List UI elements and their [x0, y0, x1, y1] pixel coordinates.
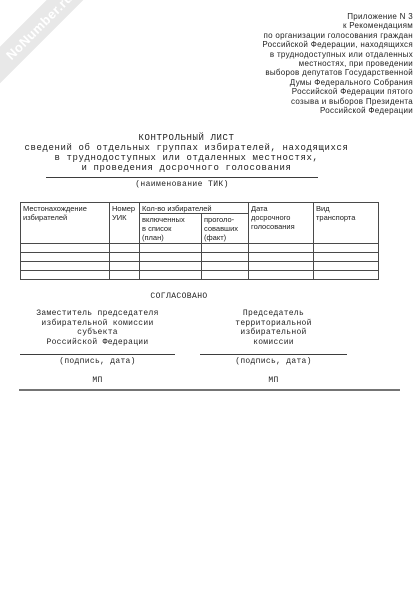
col-header-location: Местонахождение избирателей	[21, 203, 110, 244]
table-cell	[21, 262, 110, 271]
annex-line: созыва и выборов Президента	[262, 97, 413, 106]
table-cell	[110, 253, 140, 262]
table-cell	[140, 253, 202, 262]
seal-label: МП	[20, 376, 175, 386]
seal-label: МП	[200, 376, 347, 386]
signer-title-line: Председатель	[200, 309, 347, 319]
title-line: КОНТРОЛЬНЫЙ ЛИСТ	[20, 133, 353, 143]
annex-line: выборов депутатов Государственной	[262, 68, 413, 77]
table-cell	[140, 271, 202, 280]
col-header-voters-fact: проголо- совавших (факт)	[202, 214, 249, 244]
col-header-voters-group: Кол-во избирателей	[140, 203, 249, 214]
document-title: КОНТРОЛЬНЫЙ ЛИСТ сведений об отдельных г…	[20, 133, 353, 173]
signature-caption: (подпись, дата)	[59, 357, 136, 366]
title-line: в труднодоступных или отдаленных местнос…	[20, 153, 353, 163]
annex-line: Приложение N 3	[262, 12, 413, 21]
table-row	[21, 262, 379, 271]
annex-block: Приложение N 3 к Рекомендациям по органи…	[262, 12, 413, 115]
annex-line: Российской Федерации пятого	[262, 87, 413, 96]
signer-title-line: территориальной избирательной	[200, 319, 347, 338]
watermark-ribbon: NoNumber.ru	[0, 0, 108, 95]
table-cell	[21, 271, 110, 280]
table-cell	[314, 262, 379, 271]
annex-line: Российской Федерации, находящихся	[262, 40, 413, 49]
table-cell	[249, 244, 314, 253]
table-cell	[140, 244, 202, 253]
table-row	[21, 271, 379, 280]
approved-label: СОГЛАСОВАНО	[20, 292, 338, 301]
table-cell	[314, 253, 379, 262]
table-cell	[202, 271, 249, 280]
table-cell	[110, 271, 140, 280]
table-cell	[202, 244, 249, 253]
table-cell	[314, 271, 379, 280]
tik-name-line: (наименование ТИК)	[46, 177, 318, 189]
signature-line: (подпись, дата)	[20, 354, 175, 367]
col-header-transport-type: Вид транспорта	[314, 203, 379, 244]
table-cell	[249, 253, 314, 262]
voters-table: Местонахождение избирателей Номер УИК Ко…	[20, 202, 379, 280]
table-body	[21, 244, 379, 280]
col-header-early-voting-date: Дата досрочного голосования	[249, 203, 314, 244]
signer-title-line: комиссии	[200, 338, 347, 348]
table-cell	[110, 262, 140, 271]
right-signer-block: Председатель территориальной избирательн…	[200, 309, 347, 385]
annex-line: по организации голосования граждан	[262, 31, 413, 40]
col-header-voters-plan: включенных в список (план)	[140, 214, 202, 244]
annex-line: Российской Федерации	[262, 106, 413, 115]
tik-caption: (наименование ТИК)	[135, 180, 229, 189]
signature-line: (подпись, дата)	[200, 354, 347, 367]
table-row	[21, 244, 379, 253]
watermark-label: NoNumber.ru	[3, 0, 76, 62]
annex-line: в труднодоступных или отдаленных	[262, 50, 413, 59]
document-page: NoNumber.ru Приложение N 3 к Рекомендаци…	[0, 0, 420, 600]
signer-title-line: Российской Федерации	[20, 338, 175, 348]
title-line: сведений об отдельных группах избирателе…	[20, 143, 353, 153]
table-cell	[140, 262, 202, 271]
title-line: и проведения досрочного голосования	[20, 163, 353, 173]
table-cell	[249, 271, 314, 280]
table-cell	[314, 244, 379, 253]
signature-caption: (подпись, дата)	[235, 357, 312, 366]
table-cell	[249, 262, 314, 271]
signer-title-line: Заместитель председателя	[20, 309, 175, 319]
table-cell	[202, 253, 249, 262]
col-header-uik-number: Номер УИК	[110, 203, 140, 244]
annex-line: Думы Федерального Собрания	[262, 78, 413, 87]
table-row	[21, 253, 379, 262]
left-signer-block: Заместитель председателя избирательной к…	[20, 309, 175, 385]
signer-title-line: избирательной комиссии субъекта	[20, 319, 175, 338]
table-cell	[21, 244, 110, 253]
annex-line: к Рекомендациям	[262, 21, 413, 30]
table-cell	[202, 262, 249, 271]
table-cell	[21, 253, 110, 262]
table-cell	[110, 244, 140, 253]
page-separator	[19, 389, 400, 391]
annex-line: местностях, при проведении	[262, 59, 413, 68]
